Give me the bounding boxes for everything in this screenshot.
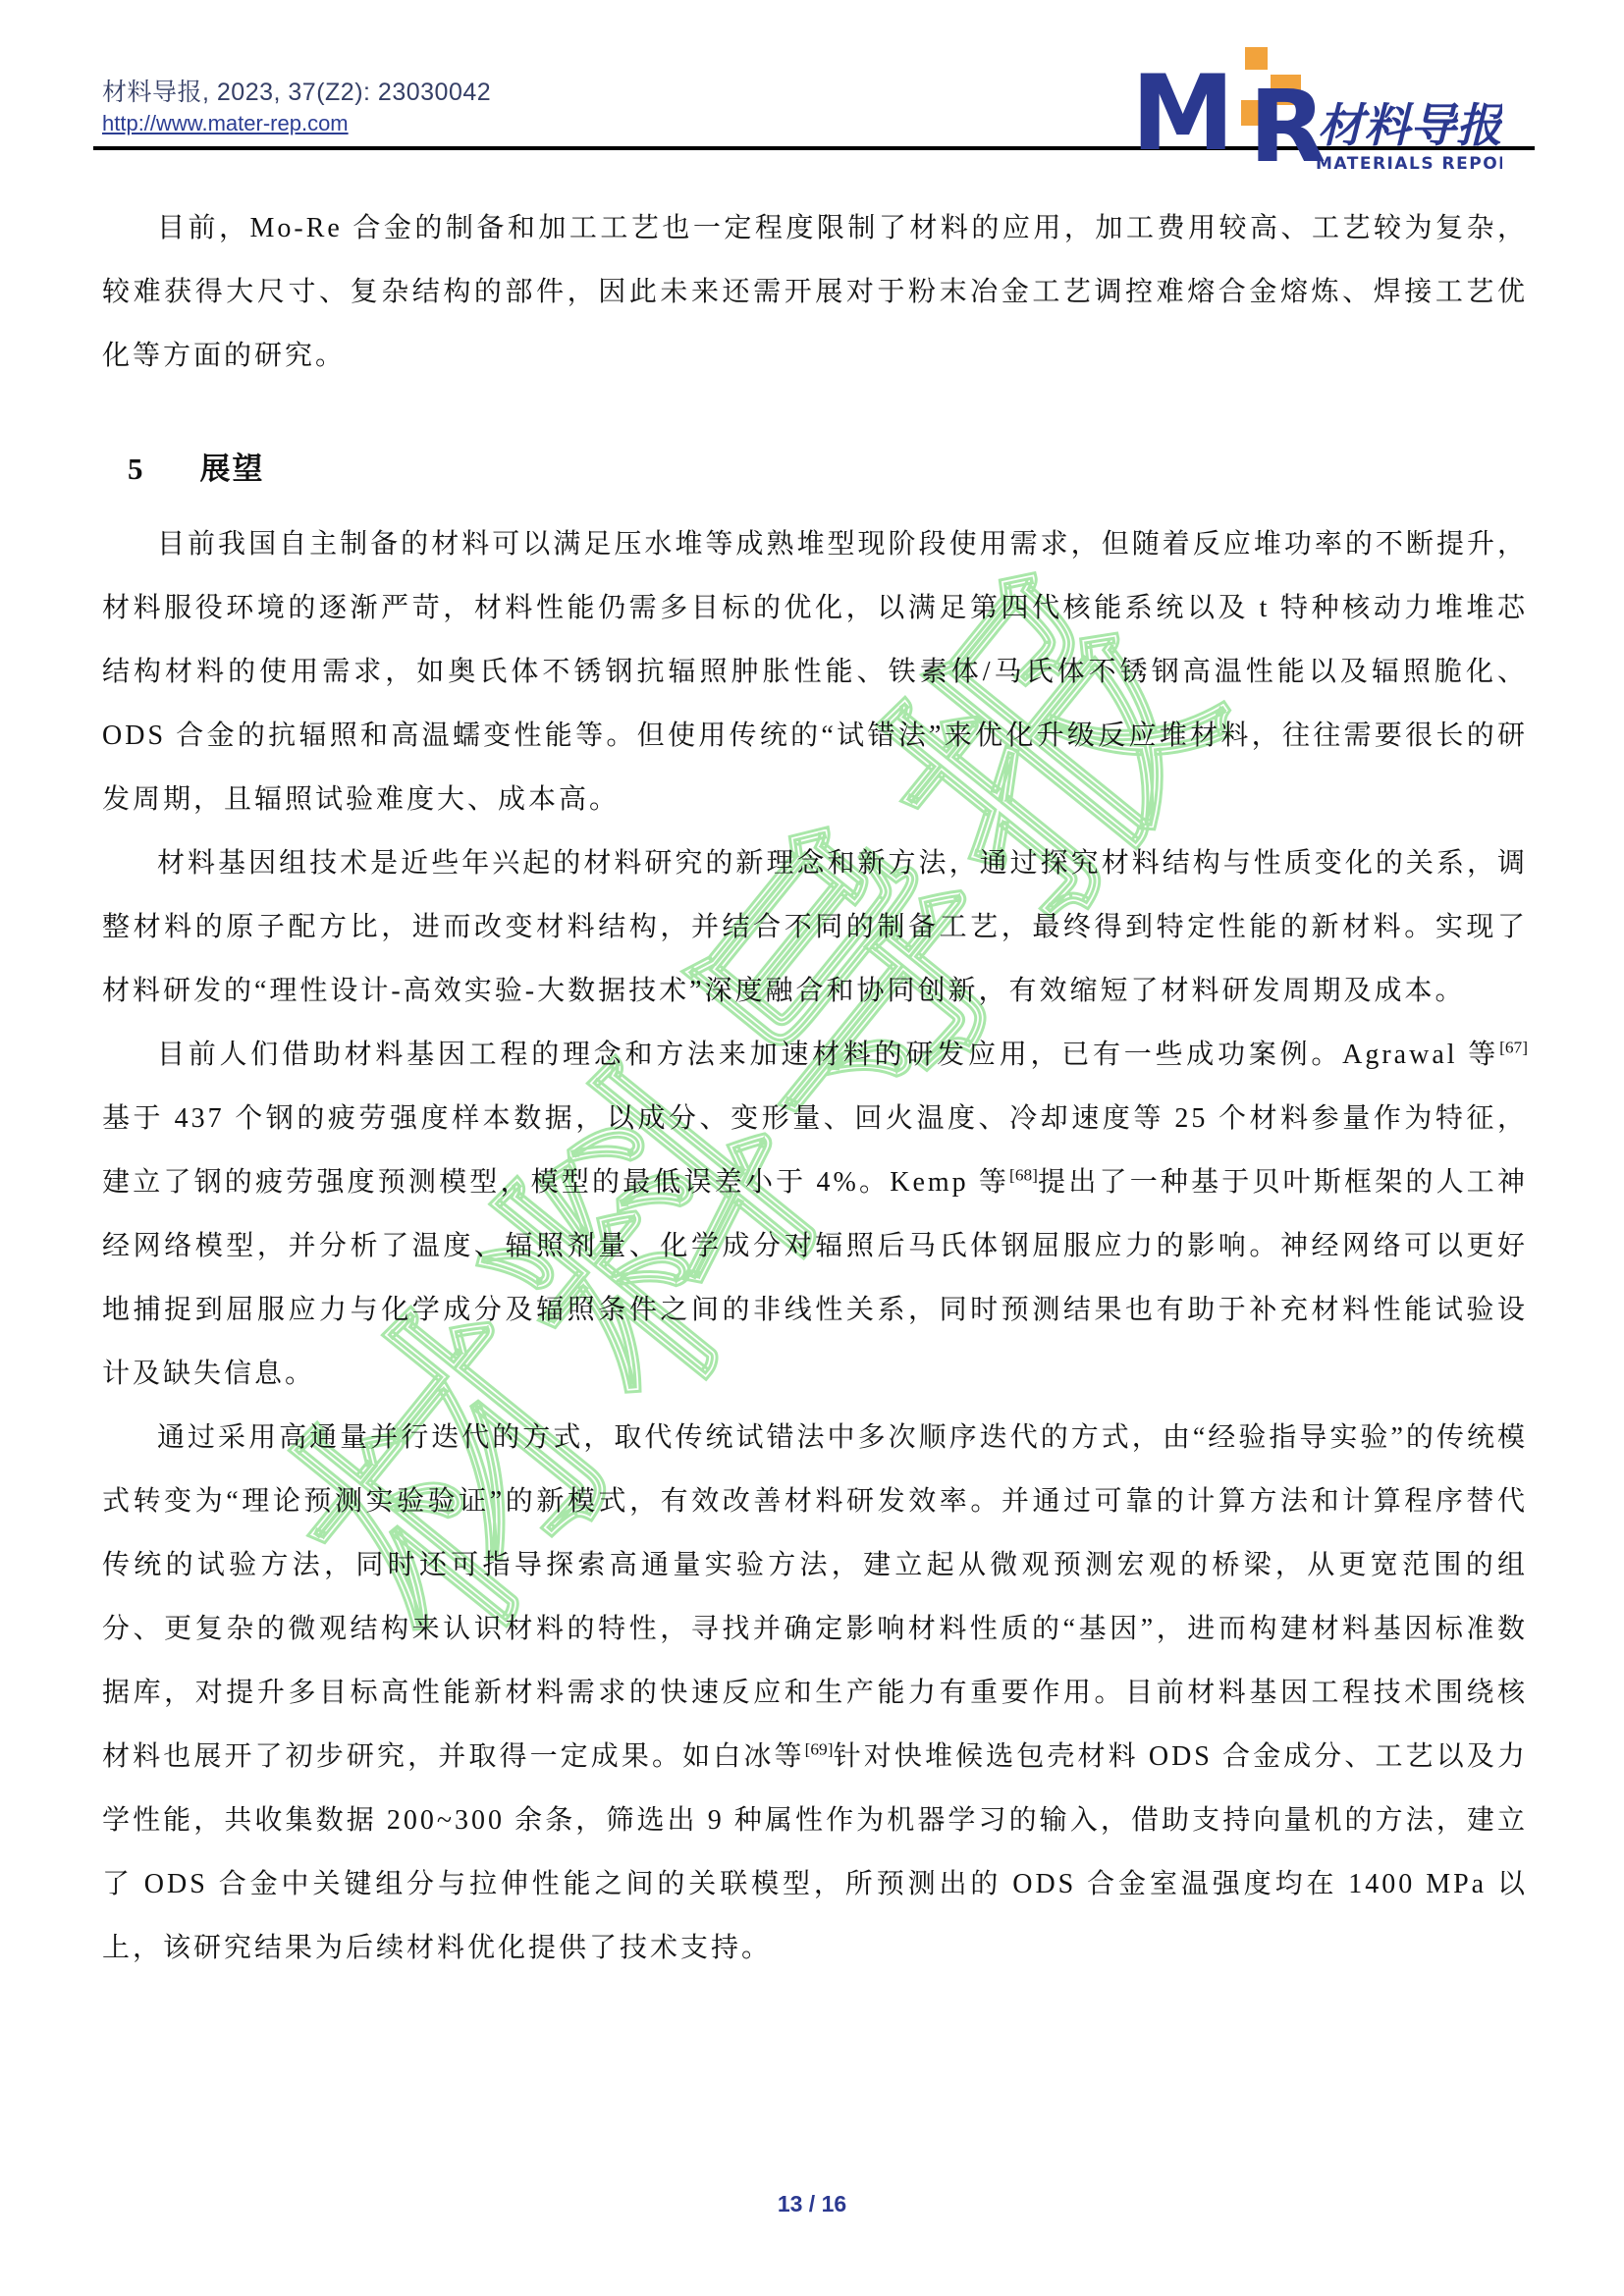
journal-logo-graphic: M R 材料导报 MATERIALS REPORTS: [1129, 35, 1502, 173]
paragraph-material-demand: 目前我国自主制备的材料可以满足压水堆等成熟堆型现阶段使用需求，但随着反应堆功率的…: [102, 512, 1528, 831]
paragraph-high-throughput: 通过采用高通量并行迭代的方式，取代传统试错法中多次顺序迭代的方式，由“经验指导实…: [102, 1406, 1528, 1980]
article-body: 目前，Mo-Re 合金的制备和加工工艺也一定程度限制了材料的应用，加工费用较高、…: [102, 196, 1528, 1980]
reference-superscript: [69]: [805, 1740, 834, 1759]
logo-name-chinese: 材料导报: [1318, 101, 1502, 152]
journal-url-link[interactable]: http://www.mater-rep.com: [102, 111, 349, 136]
journal-citation: 材料导报, 2023, 37(Z2): 23030042: [102, 73, 491, 108]
text-run: 针对快堆候选包壳材料 ODS 合金成分、工艺以及力学性能，共收集数据 200~3…: [102, 1741, 1528, 1963]
text-run: 目前我国自主制备的材料可以满足压水堆等成熟堆型现阶段使用需求，但随着反应堆功率的…: [102, 529, 1528, 815]
section-heading-outlook: 5展望: [102, 437, 1528, 501]
text-run: 材料基因组技术是近些年兴起的材料研究的新理念和新方法，通过探究材料结构与性质变化…: [102, 848, 1528, 1006]
text-run: 目前，Mo-Re 合金的制备和加工工艺也一定程度限制了材料的应用，加工费用较高、…: [102, 213, 1528, 371]
logo-letter-m: M: [1131, 53, 1234, 173]
page-number: 13 / 16: [778, 2191, 846, 2216]
paragraph-materials-genome-concept: 材料基因组技术是近些年兴起的材料研究的新理念和新方法，通过探究材料结构与性质变化…: [102, 831, 1528, 1023]
logo-orange-square-top: [1245, 47, 1268, 70]
journal-logo: M R 材料导报 MATERIALS REPORTS: [1129, 35, 1502, 178]
reference-superscript: [68]: [1009, 1166, 1038, 1185]
page-footer: 13 / 16: [0, 2191, 1624, 2217]
text-run: 通过采用高通量并行迭代的方式，取代传统试错法中多次顺序迭代的方式，由“经验指导实…: [102, 1422, 1528, 1772]
text-run: 目前人们借助材料基因工程的理念和方法来加速材料的研发应用，已有一些成功案例。Ag…: [157, 1040, 1499, 1070]
logo-name-english: MATERIALS REPORTS: [1316, 154, 1502, 173]
reference-superscript: [67]: [1499, 1039, 1528, 1057]
section-title: 展望: [200, 452, 265, 486]
logo-letter-r: R: [1249, 69, 1326, 173]
paragraph-success-cases: 目前人们借助材料基因工程的理念和方法来加速材料的研发应用，已有一些成功案例。Ag…: [102, 1023, 1528, 1406]
header: 材料导报, 2023, 37(Z2): 23030042 http://www.…: [102, 73, 491, 136]
document-page: 材料导报, 2023, 37(Z2): 23030042 http://www.…: [0, 0, 1624, 2296]
paragraph-mo-re-alloy: 目前，Mo-Re 合金的制备和加工工艺也一定程度限制了材料的应用，加工费用较高、…: [102, 196, 1528, 388]
text-run: 提出了一种基于贝叶斯框架的人工神经网络模型，并分析了温度、辐照剂量、化学成分对辐…: [102, 1167, 1528, 1389]
section-number: 5: [128, 452, 145, 486]
